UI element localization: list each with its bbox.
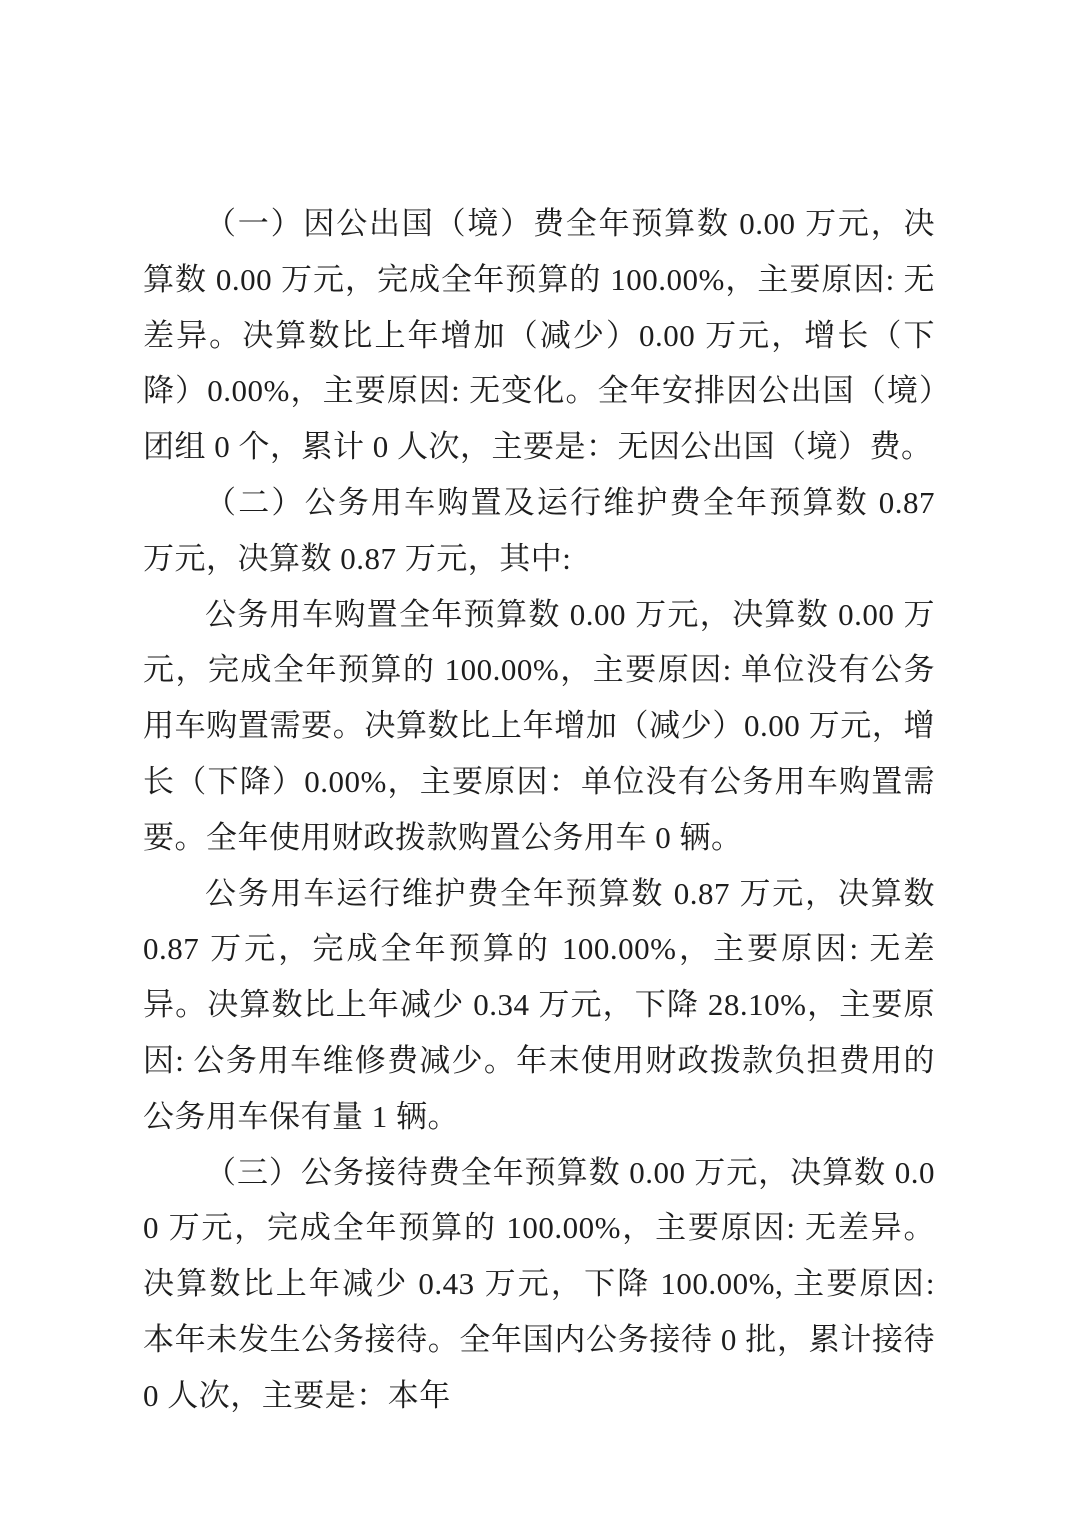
paragraph-vehicle-purchase: 公务用车购置全年预算数 0.00 万元，决算数 0.00 万元，完成全年预算的 …: [143, 587, 935, 866]
paragraph-overseas-trips: （一）因公出国（境）费全年预算数 0.00 万元，决算数 0.00 万元，完成全…: [143, 196, 935, 475]
paragraph-official-vehicles-total: （二）公务用车购置及运行维护费全年预算数 0.87 万元，决算数 0.87 万元…: [143, 475, 935, 587]
paragraph-vehicle-maintenance: 公务用车运行维护费全年预算数 0.87 万元，决算数 0.87 万元，完成全年预…: [143, 866, 935, 1145]
document-page: （一）因公出国（境）费全年预算数 0.00 万元，决算数 0.00 万元，完成全…: [0, 0, 1074, 1520]
document-body: （一）因公出国（境）费全年预算数 0.00 万元，决算数 0.00 万元，完成全…: [143, 196, 935, 1424]
paragraph-official-reception: （三）公务接待费全年预算数 0.00 万元，决算数 0.00 万元，完成全年预算…: [143, 1145, 935, 1424]
